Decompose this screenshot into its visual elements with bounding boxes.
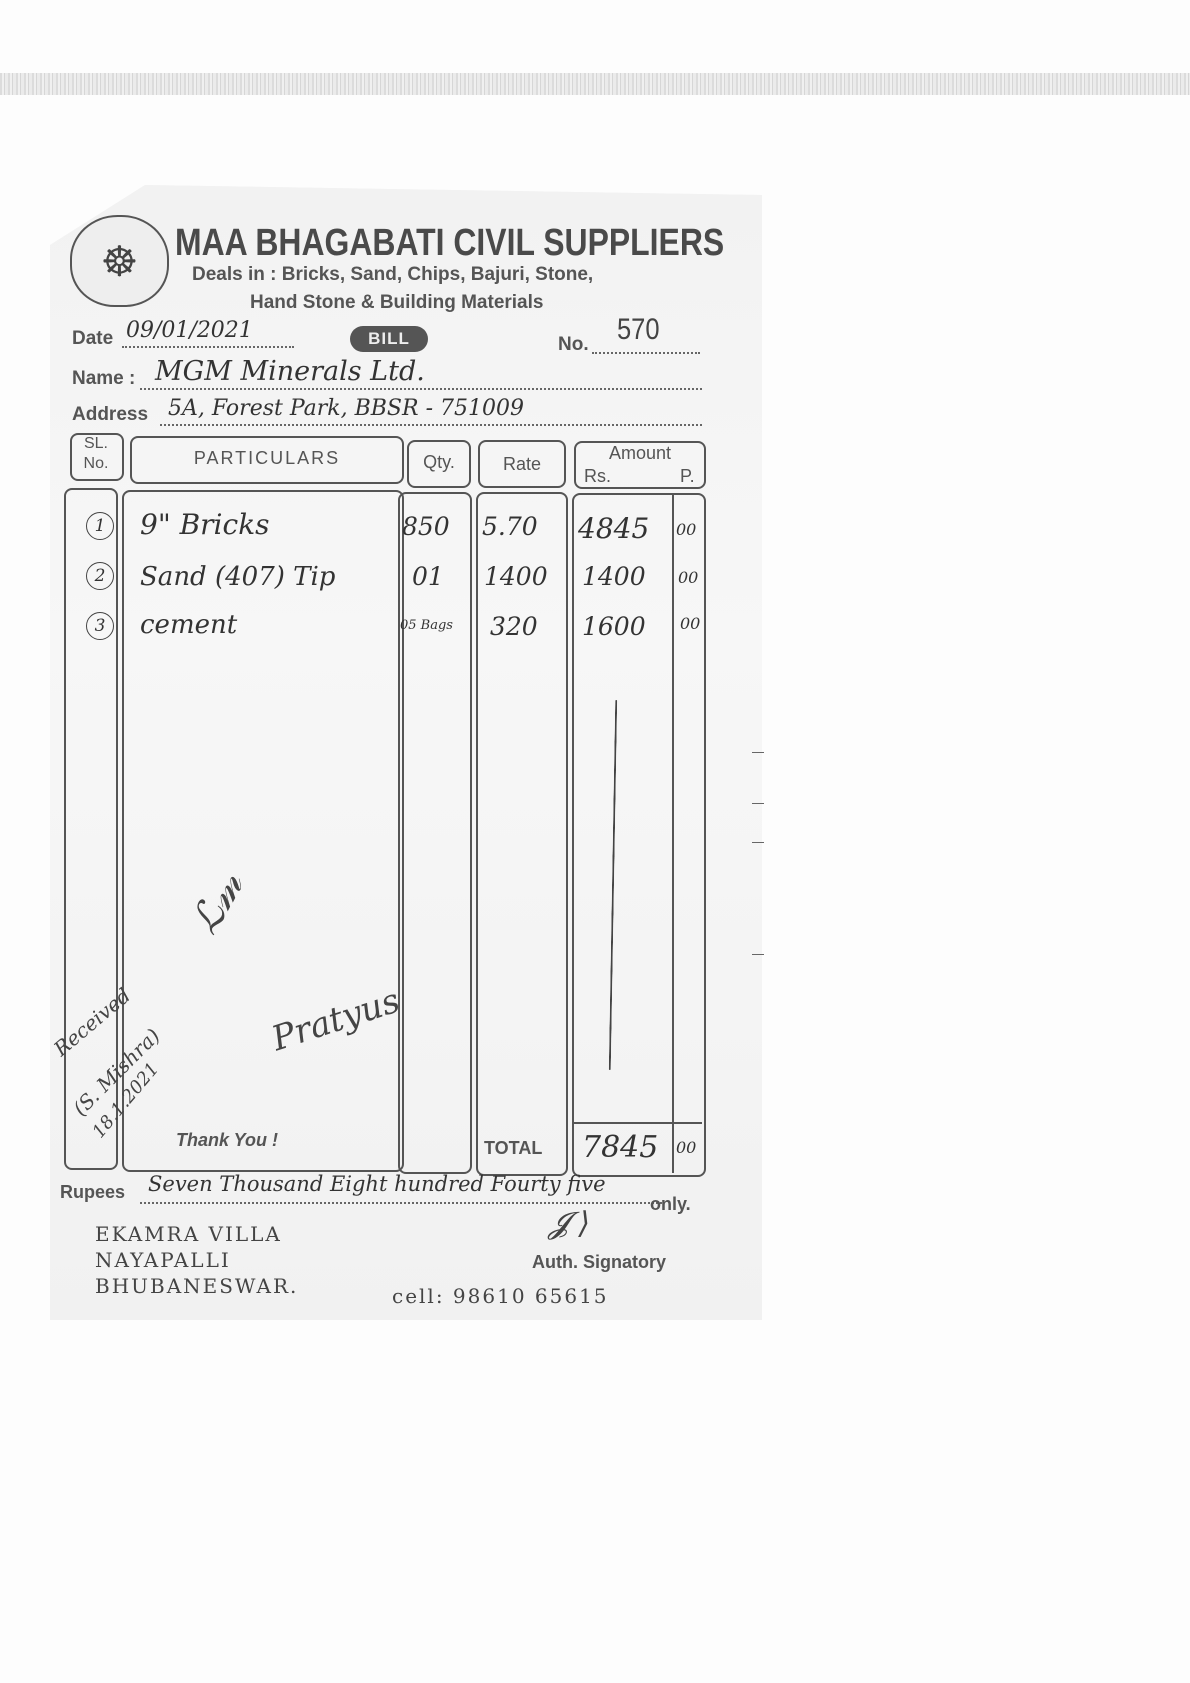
- auth-signature-scribble: 𝓙 ⟩: [548, 1206, 590, 1241]
- amount-in-words: Seven Thousand Eight hundred Fourty five: [148, 1172, 606, 1196]
- total-amount-p: 00: [676, 1138, 696, 1157]
- row-rate: 5.70: [482, 512, 538, 541]
- bill-badge: BILL: [350, 326, 428, 352]
- only-label: only.: [650, 1194, 691, 1215]
- paise-divider: [672, 495, 674, 1173]
- row-particular: Sand (407) Tip: [140, 562, 335, 592]
- auth-signatory-label: Auth. Signatory: [532, 1252, 666, 1273]
- row-qty: 01: [412, 562, 444, 591]
- rupees-label: Rupees: [60, 1182, 125, 1203]
- customer-name: MGM Minerals Ltd.: [155, 356, 425, 387]
- rs-header: Rs.: [584, 466, 611, 487]
- name-label: Name :: [72, 368, 135, 390]
- qty-column: [398, 492, 472, 1174]
- stamp-line-1: EKAMRA VILLA: [95, 1222, 282, 1246]
- row-qty: 05 Bags: [400, 618, 453, 633]
- customer-address: 5A, Forest Park, BBSR - 751009: [168, 396, 524, 421]
- row-qty: 850: [402, 512, 450, 541]
- row-amount-p: 00: [680, 614, 700, 633]
- scan-artifact-band: [0, 73, 1190, 95]
- amount-column: [572, 493, 706, 1177]
- company-name: MAA BHAGABATI CIVIL SUPPLIERS: [175, 222, 724, 265]
- date-dotted-line: [122, 346, 294, 348]
- total-amount-rs: 7845: [582, 1130, 658, 1165]
- row-amount-rs: 1600: [582, 612, 646, 641]
- stamp-line-2: NAYAPALLI: [95, 1248, 231, 1272]
- scan-mark: [752, 954, 764, 955]
- row-sl-number: 3: [86, 612, 114, 640]
- rate-column: [476, 492, 568, 1176]
- particulars-column: [122, 490, 404, 1172]
- bill-no-dotted-line: [592, 352, 700, 354]
- address-label: Address: [72, 404, 148, 426]
- row-rate: 1400: [484, 562, 548, 591]
- deity-face-logo-icon: ☸: [70, 215, 169, 307]
- address-dotted-line: [160, 424, 702, 426]
- row-amount-rs: 1400: [582, 562, 646, 591]
- deals-in-line-2: Hand Stone & Building Materials: [250, 292, 543, 314]
- bill-no-label: No.: [558, 334, 589, 356]
- total-label: TOTAL: [484, 1138, 542, 1159]
- row-particular: cement: [140, 610, 237, 640]
- scan-mark: [752, 803, 764, 804]
- sl-no-header: SL. No.: [72, 434, 120, 474]
- deals-in-line-1: Deals in : Bricks, Sand, Chips, Bajuri, …: [192, 264, 593, 286]
- cell-number: cell: 98610 65615: [392, 1284, 609, 1308]
- qty-header: Qty.: [407, 452, 471, 473]
- row-amount-p: 00: [678, 568, 698, 587]
- total-divider: [574, 1122, 702, 1124]
- row-amount-rs: 4845: [578, 512, 649, 545]
- date-label: Date: [72, 328, 113, 350]
- p-header: P.: [680, 466, 695, 487]
- particulars-header: PARTICULARS: [130, 448, 404, 469]
- stamp-line-3: BHUBANESWAR.: [95, 1274, 298, 1298]
- scan-mark: [752, 842, 764, 843]
- rate-header: Rate: [478, 454, 566, 475]
- thank-you-text: Thank You !: [176, 1130, 278, 1151]
- rupees-dotted-line: [140, 1202, 662, 1204]
- row-rate: 320: [490, 612, 538, 641]
- row-sl-number: 2: [86, 562, 114, 590]
- row-amount-p: 00: [676, 520, 696, 539]
- row-particular: 9" Bricks: [140, 508, 270, 541]
- sl-header-text: SL.: [84, 435, 108, 452]
- date-value: 09/01/2021: [126, 318, 253, 343]
- name-dotted-line: [140, 388, 702, 390]
- bill-number: 570: [617, 313, 660, 347]
- row-sl-number: 1: [86, 512, 114, 540]
- amount-header: Amount: [574, 443, 706, 464]
- scan-mark: [752, 752, 764, 753]
- no-header-text: No.: [84, 455, 109, 472]
